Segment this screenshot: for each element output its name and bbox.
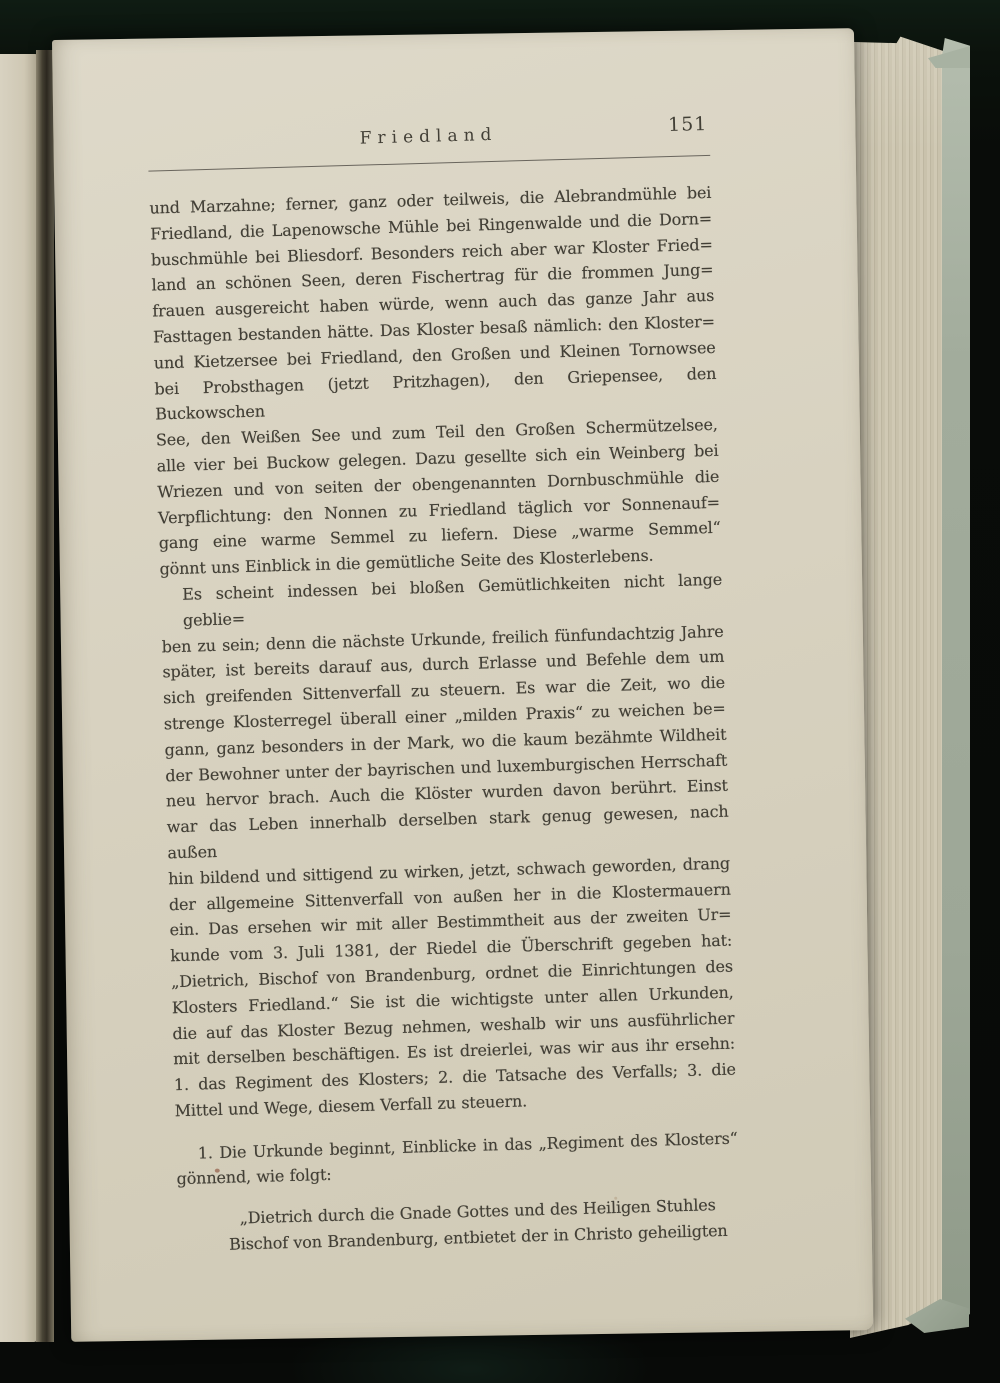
paragraph: Es scheint indessen bei bloßen Gemütlich…: [160, 567, 737, 1124]
photo-of-book-page: Friedland 151 und Marzahne; ferner, ganz…: [0, 0, 1000, 1383]
blockquote: „Dietrich durch die Gnade Gottes und des…: [177, 1192, 740, 1259]
paragraph: 1. Die Urkunde beginnt, Einblicke in das…: [176, 1125, 739, 1192]
page-number: 151: [668, 113, 708, 136]
book-cover-edge: [942, 38, 970, 1332]
facing-page-edge: [0, 54, 37, 1342]
paragraph: und Marzahne; ferner, ganz oder teilweis…: [149, 180, 722, 582]
running-title: Friedland: [147, 119, 709, 155]
text-body: und Marzahne; ferner, ganz oder teilweis…: [149, 180, 740, 1259]
text-block: Friedland 151 und Marzahne; ferner, ganz…: [147, 119, 740, 1259]
gutter-shadow: [36, 50, 54, 1342]
book-page: Friedland 151 und Marzahne; ferner, ganz…: [52, 28, 873, 1342]
